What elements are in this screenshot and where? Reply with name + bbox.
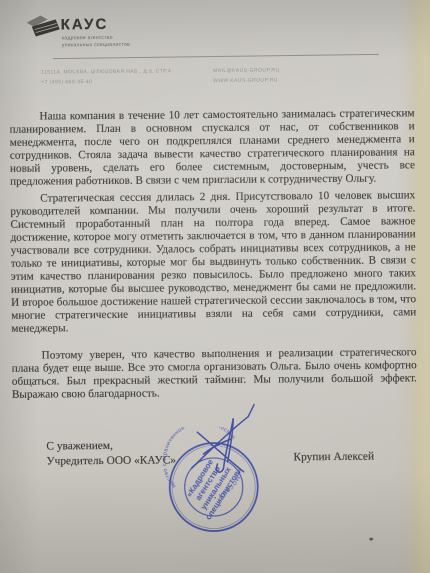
tagline-line: уникальных специалистов <box>62 41 130 48</box>
letter-sheet: КАУС кадровое агентство уникальных специ… <box>0 0 430 573</box>
company-logo-text: КАУС <box>61 16 109 33</box>
paper-speck <box>274 198 277 200</box>
signature-name: Крупин Алексей <box>293 451 374 464</box>
paragraph: Наша компания в течение 10 лет самостоят… <box>9 107 415 188</box>
paragraph: Стратегическая сессия длилась 2 дня. При… <box>10 190 416 335</box>
letter-photo: КАУС кадровое агентство уникальных специ… <box>0 0 430 573</box>
address-line: 115114, МОСКВА, ШЛЮЗОВАЯ НАБ., Д.6, СТР.… <box>41 67 171 78</box>
phone-line: +7 (495) 660-35-40 <box>41 77 171 88</box>
kaus-logo-icon <box>26 13 60 39</box>
email-line: MAIL@KAUS-GROUP.RU <box>213 66 280 76</box>
company-tagline: кадровое агентство уникальных специалист… <box>62 35 130 49</box>
website-line: WWW.KAUS-GROUP.RU <box>213 76 280 86</box>
letter-body: Наша компания в течение 10 лет самостоят… <box>9 107 417 402</box>
header-divider <box>53 54 379 59</box>
paper-speck <box>369 538 373 541</box>
handwritten-signature <box>151 391 292 502</box>
address-block: 115114, МОСКВА, ШЛЮЗОВАЯ НАБ., Д.6, СТР.… <box>41 67 171 87</box>
contacts-block: MAIL@KAUS-GROUP.RU WWW.KAUS-GROUP.RU <box>213 66 280 86</box>
